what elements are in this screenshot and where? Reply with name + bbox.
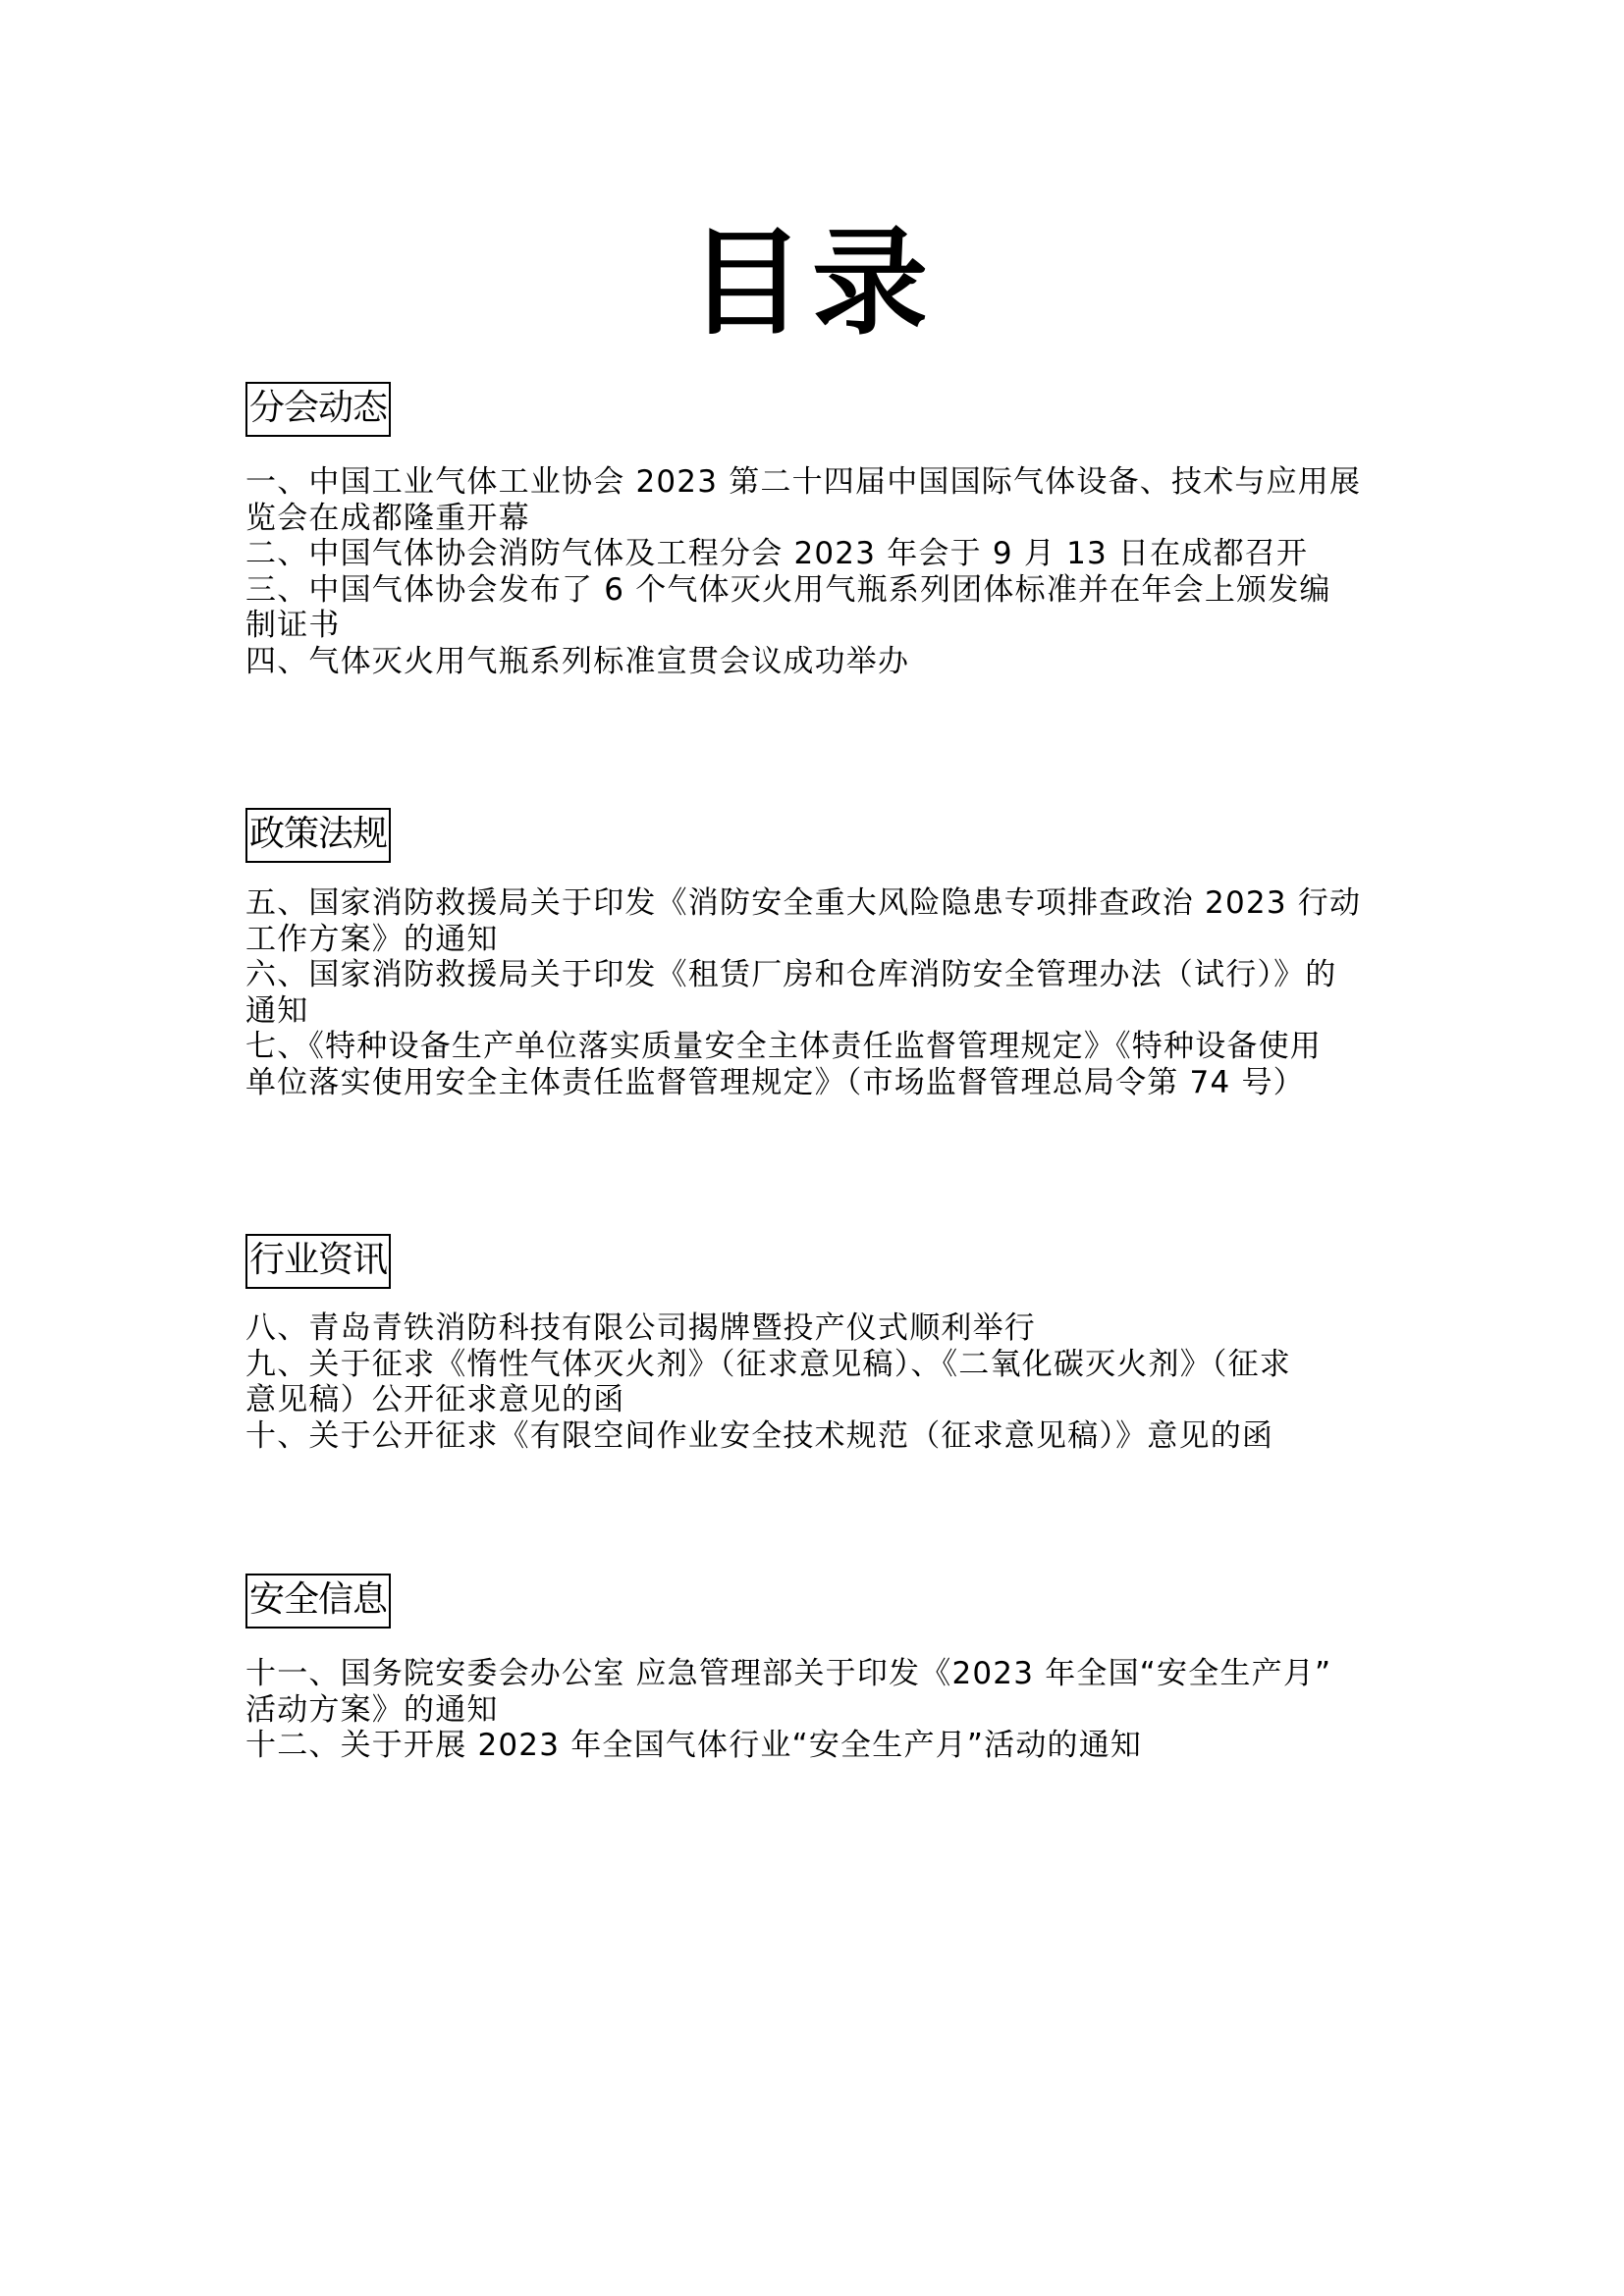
toc-item[interactable]: 六、国家消防救援局关于印发《租赁厂房和仓库消防安全管理办法（试行）》的 通知 — [245, 957, 1404, 1029]
toc-list: 一、中国工业气体工业协会 2023 第二十四届中国国际气体设备、技术与应用展 览… — [245, 464, 1404, 679]
toc-list: 八、青岛青铁消防科技有限公司揭牌暨投产仪式顺利举行 九、关于征求《惰性气体灭火剂… — [245, 1310, 1404, 1454]
toc-item[interactable]: 十、关于公开征求《有限空间作业安全技术规范（征求意见稿）》意见的函 — [245, 1418, 1404, 1455]
section-branch-news: 分会动态 一、中国工业气体工业协会 2023 第二十四届中国国际气体设备、技术与… — [245, 382, 1404, 679]
toc-item[interactable]: 一、中国工业气体工业协会 2023 第二十四届中国国际气体设备、技术与应用展 览… — [245, 464, 1404, 536]
toc-item[interactable]: 三、中国气体协会发布了 6 个气体灭火用气瓶系列团体标准并在年会上颁发编 制证书 — [245, 572, 1404, 644]
toc-item-line: 活动方案》的通知 — [245, 1692, 1404, 1729]
toc-item[interactable]: 五、国家消防救援局关于印发《消防安全重大风险隐患专项排查政治 2023 行动 工… — [245, 885, 1404, 957]
toc-item-line: 四、气体灭火用气瓶系列标准宣贯会议成功举办 — [245, 644, 1404, 680]
toc-item-line: 十一、国务院安委会办公室 应急管理部关于印发《2023 年全国“安全生产月” — [245, 1656, 1404, 1692]
page-title: 目录 — [0, 214, 1624, 351]
toc-item-line: 单位落实使用安全主体责任监督管理规定》（市场监督管理总局令第 74 号） — [245, 1065, 1404, 1101]
toc-item-line: 览会在成都隆重开幕 — [245, 501, 1404, 537]
section-policy-regulations: 政策法规 五、国家消防救援局关于印发《消防安全重大风险隐患专项排查政治 2023… — [245, 808, 1404, 1100]
toc-item[interactable]: 四、气体灭火用气瓶系列标准宣贯会议成功举办 — [245, 644, 1404, 680]
toc-item[interactable]: 九、关于征求《惰性气体灭火剂》（征求意见稿）、《二氧化碳灭火剂》（征求 意见稿）… — [245, 1347, 1404, 1418]
toc-item-line: 九、关于征求《惰性气体灭火剂》（征求意见稿）、《二氧化碳灭火剂》（征求 — [245, 1347, 1404, 1383]
toc-list: 十一、国务院安委会办公室 应急管理部关于印发《2023 年全国“安全生产月” 活… — [245, 1656, 1404, 1764]
section-header: 政策法规 — [245, 808, 391, 863]
toc-item-line: 一、中国工业气体工业协会 2023 第二十四届中国国际气体设备、技术与应用展 — [245, 464, 1404, 501]
toc-item[interactable]: 十一、国务院安委会办公室 应急管理部关于印发《2023 年全国“安全生产月” 活… — [245, 1656, 1404, 1728]
toc-item-line: 三、中国气体协会发布了 6 个气体灭火用气瓶系列团体标准并在年会上颁发编 — [245, 572, 1404, 609]
toc-item[interactable]: 二、中国气体协会消防气体及工程分会 2023 年会于 9 月 13 日在成都召开 — [245, 536, 1404, 572]
toc-item-line: 五、国家消防救援局关于印发《消防安全重大风险隐患专项排查政治 2023 行动 — [245, 885, 1404, 922]
toc-item[interactable]: 七、《特种设备生产单位落实质量安全主体责任监督管理规定》《特种设备使用 单位落实… — [245, 1029, 1404, 1100]
toc-item-line: 七、《特种设备生产单位落实质量安全主体责任监督管理规定》《特种设备使用 — [245, 1029, 1404, 1065]
toc-item[interactable]: 十二、关于开展 2023 年全国气体行业“安全生产月”活动的通知 — [245, 1728, 1404, 1764]
toc-list: 五、国家消防救援局关于印发《消防安全重大风险隐患专项排查政治 2023 行动 工… — [245, 885, 1404, 1100]
toc-item-line: 十、关于公开征求《有限空间作业安全技术规范（征求意见稿）》意见的函 — [245, 1418, 1404, 1455]
section-industry-news: 行业资讯 八、青岛青铁消防科技有限公司揭牌暨投产仪式顺利举行 九、关于征求《惰性… — [245, 1234, 1404, 1454]
section-header: 安全信息 — [245, 1574, 391, 1629]
section-header: 行业资讯 — [245, 1234, 391, 1289]
toc-item-line: 十二、关于开展 2023 年全国气体行业“安全生产月”活动的通知 — [245, 1728, 1404, 1764]
section-header: 分会动态 — [245, 382, 391, 437]
toc-item-line: 二、中国气体协会消防气体及工程分会 2023 年会于 9 月 13 日在成都召开 — [245, 536, 1404, 572]
toc-item-line: 八、青岛青铁消防科技有限公司揭牌暨投产仪式顺利举行 — [245, 1310, 1404, 1347]
toc-item-line: 意见稿）公开征求意见的函 — [245, 1382, 1404, 1418]
section-safety-info: 安全信息 十一、国务院安委会办公室 应急管理部关于印发《2023 年全国“安全生… — [245, 1574, 1404, 1764]
toc-item-line: 制证书 — [245, 608, 1404, 644]
toc-item[interactable]: 八、青岛青铁消防科技有限公司揭牌暨投产仪式顺利举行 — [245, 1310, 1404, 1347]
toc-item-line: 工作方案》的通知 — [245, 922, 1404, 958]
toc-item-line: 通知 — [245, 993, 1404, 1030]
toc-item-line: 六、国家消防救援局关于印发《租赁厂房和仓库消防安全管理办法（试行）》的 — [245, 957, 1404, 993]
